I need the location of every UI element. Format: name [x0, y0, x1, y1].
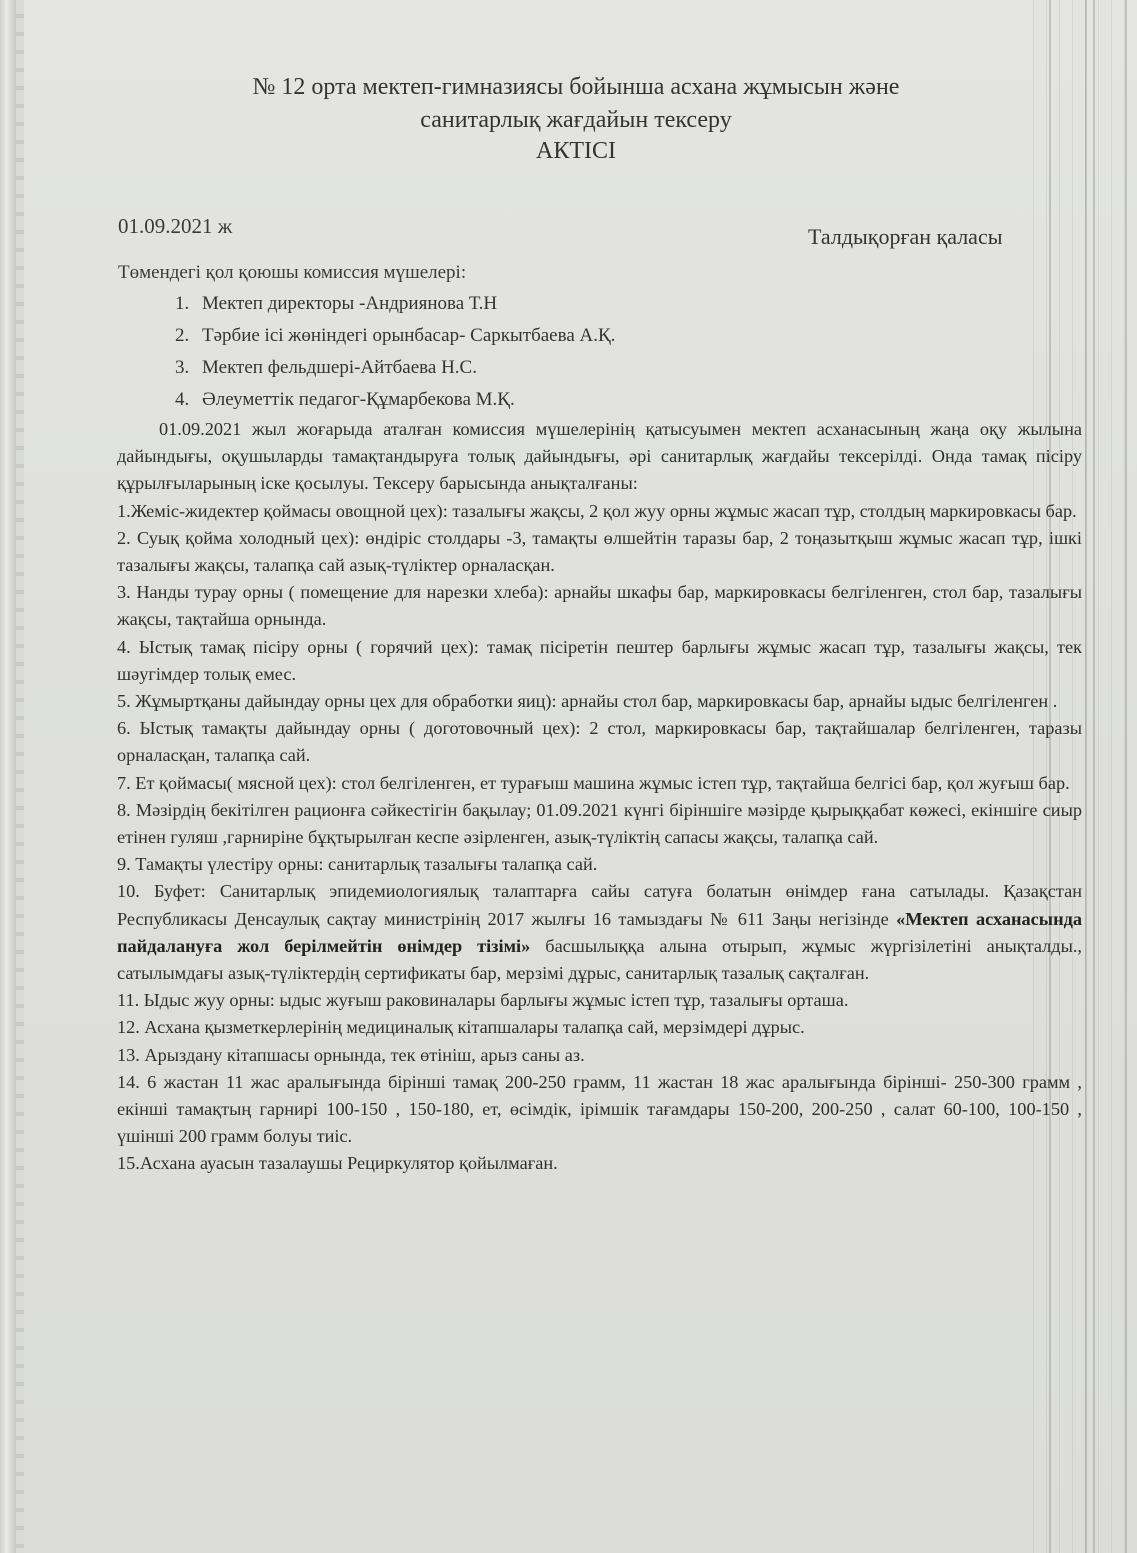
- document-title-line-1: № 12 орта мектеп-гимназиясы бойынша асха…: [0, 72, 1137, 102]
- finding-item: 5. Жұмыртқаны дайындау орны цех для обра…: [117, 688, 1082, 715]
- finding-item: 2. Суық қойма холодный цех): өндіріс сто…: [117, 525, 1082, 579]
- sheet-protector-edge: [0, 0, 16, 1553]
- commission-member: Әлеуметтік педагог-Құмарбекова М.Қ.: [194, 384, 615, 416]
- finding-item: 12. Асхана қызметкерлерінің медициналық …: [117, 1014, 1082, 1041]
- finding-item: 15.Асхана ауасын тазалаушы Рециркулятор …: [117, 1150, 1082, 1177]
- finding-item: 13. Арыздану кітапшасы орнында, тек өтін…: [117, 1042, 1082, 1069]
- finding-item-buffet: 10. Буфет: Санитарлық эпидемиологиялық т…: [117, 878, 1082, 987]
- commission-member: Тәрбие ісі жөніндегі орынбасар- Саркытба…: [194, 320, 615, 352]
- finding-item: 11. Ыдыс жуу орны: ыдыс жуғыш раковинала…: [117, 987, 1082, 1014]
- finding-item: 8. Мәзірдің бекітілген рационға сәйкесті…: [117, 797, 1082, 851]
- document-title-act: АКТІСІ: [0, 136, 1137, 166]
- finding-item: 7. Ет қоймасы( мясной цех): стол белгіле…: [117, 770, 1082, 797]
- preamble-paragraph: 01.09.2021 жыл жоғарыда аталған комиссия…: [117, 416, 1082, 498]
- finding-item: 9. Тамақты үлестіру орны: санитарлық таз…: [117, 851, 1082, 878]
- document-title-line-2: санитарлық жағдайын тексеру: [0, 105, 1137, 135]
- finding-item: 1.Жеміс-жидектер қоймасы овощной цех): т…: [117, 498, 1082, 525]
- commission-member: Мектеп директоры -Андриянова Т.Н: [194, 288, 615, 320]
- commission-intro: Төмендегі қол қоюшы комиссия мүшелері:: [118, 262, 466, 284]
- commission-member: Мектеп фельдшері-Айтбаева Н.С.: [194, 352, 615, 384]
- finding-item: 4. Ыстық тамақ пісіру орны ( горячий цех…: [117, 634, 1082, 688]
- document-body: 01.09.2021 жыл жоғарыда аталған комиссия…: [117, 416, 1082, 1178]
- finding-item: 3. Нанды турау орны ( помещение для наре…: [117, 579, 1082, 633]
- document-city: Талдықорған қаласы: [808, 224, 1003, 250]
- commission-members-list: Мектеп директоры -Андриянова Т.Н Тәрбие …: [158, 288, 615, 416]
- finding-item: 14. 6 жастан 11 жас аралығында бірінші т…: [117, 1069, 1082, 1151]
- document-date: 01.09.2021 ж: [118, 214, 232, 239]
- finding-item: 6. Ыстық тамақты дайындау орны ( доготов…: [117, 715, 1082, 769]
